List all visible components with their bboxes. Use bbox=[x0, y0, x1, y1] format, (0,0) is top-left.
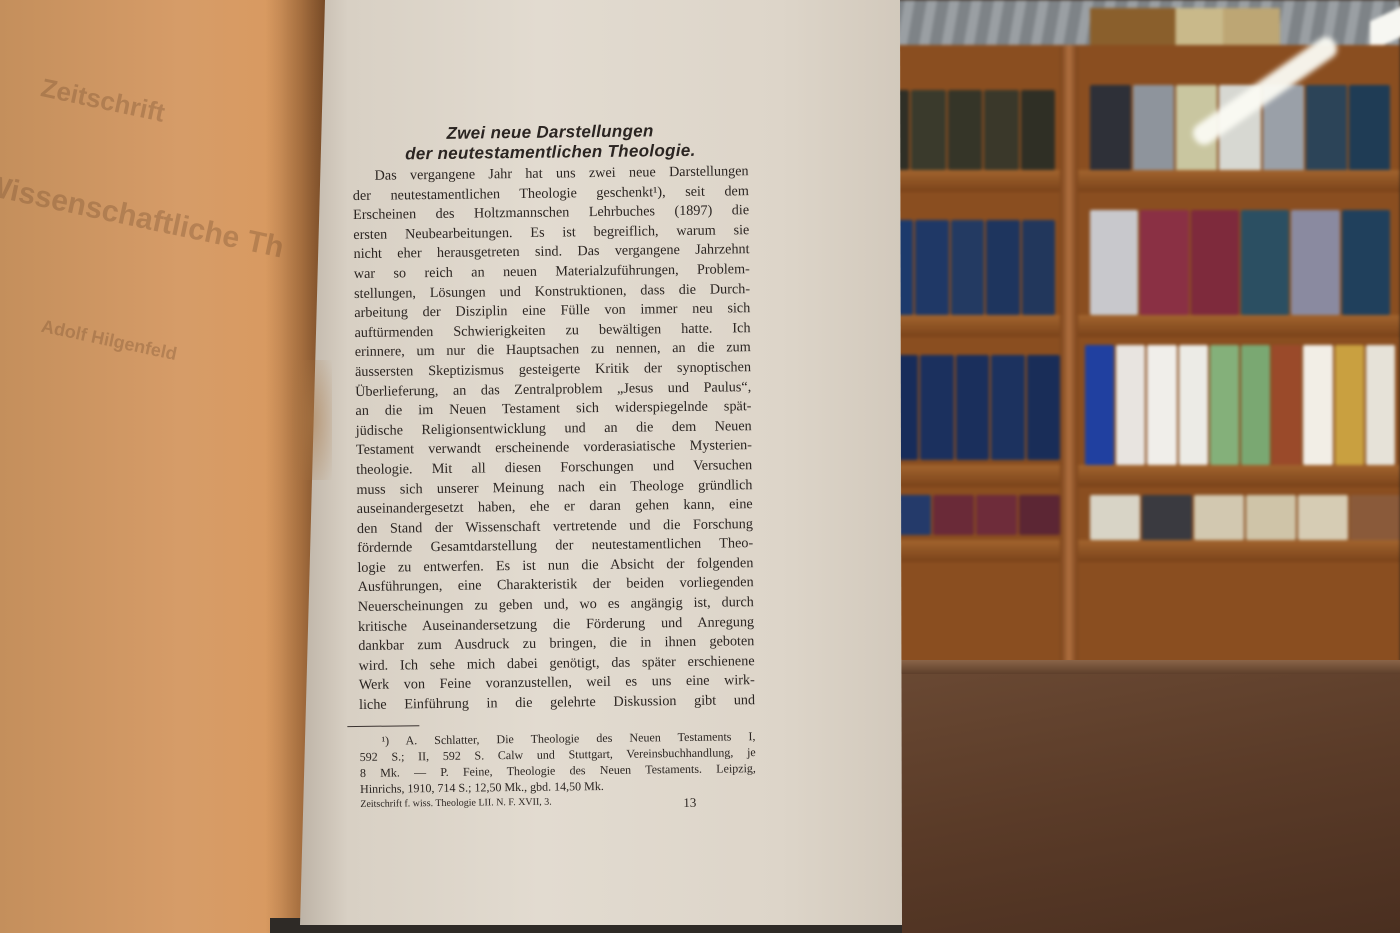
book-row bbox=[885, 355, 1060, 460]
show-through-text: Wissenschaftliche Th bbox=[0, 169, 287, 266]
shelf bbox=[870, 315, 1400, 337]
article-body: Das vergangene Jahr hat uns zwei neue Da… bbox=[353, 162, 756, 715]
show-through-text: Adolf Hilgenfeld bbox=[39, 316, 178, 365]
shelf bbox=[870, 465, 1400, 487]
books-on-top-of-shelf bbox=[1090, 8, 1280, 46]
text-line: liche Einführung in die gelehrte Diskuss… bbox=[359, 691, 755, 715]
show-through-text: Zeitschrift bbox=[38, 72, 167, 128]
book-row bbox=[875, 90, 1055, 170]
shelf-upright bbox=[1060, 45, 1078, 680]
title-line: der neutestamentlichen Theologie. bbox=[352, 140, 748, 165]
book-row bbox=[1085, 345, 1395, 465]
page-content: Zwei neue Darstellungen der neutestament… bbox=[352, 120, 756, 814]
shelf bbox=[870, 170, 1400, 192]
left-page: Zeitschrift Wissenschaftliche Th Adolf H… bbox=[0, 0, 330, 933]
book-row bbox=[880, 220, 1055, 315]
book-row bbox=[1090, 210, 1390, 315]
footnote: ¹) A. Schlatter, Die Theologie des Neuen… bbox=[359, 728, 756, 797]
book-row bbox=[1090, 495, 1400, 540]
page-stain bbox=[292, 360, 332, 480]
footnote-rule bbox=[347, 725, 419, 727]
page-number: 13 bbox=[683, 794, 696, 810]
shelf bbox=[870, 540, 1400, 562]
table-edge bbox=[860, 660, 1400, 674]
journal-signature: Zeitschrift f. wiss. Theologie LII. N. F… bbox=[360, 796, 552, 814]
article-title: Zwei neue Darstellungen der neutestament… bbox=[352, 120, 748, 165]
background-bookshelves bbox=[860, 0, 1400, 680]
book-row bbox=[890, 495, 1060, 535]
wooden-table bbox=[860, 660, 1400, 933]
